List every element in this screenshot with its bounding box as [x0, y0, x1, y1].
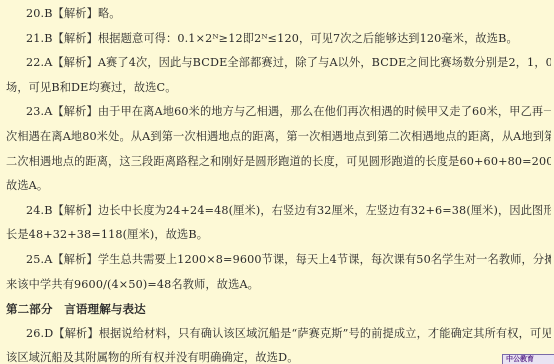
answer-25-line-2: 来该中学共有9600/(4×50)=48名教师，故选A。	[6, 273, 551, 298]
answer-22-line-2: 场，可见B和DE均赛过，故选C。	[6, 76, 551, 101]
answer-23-line-4: 故选A。	[6, 174, 551, 199]
answer-24-line-1: 24.B【解析】边长中长度为24+24=48(厘米)，右竖边有32厘米，左竖边有…	[6, 199, 551, 224]
answer-23-line-1: 23.A【解析】由于甲在离A地60米的地方与乙相遇，那么在他们再次相遇的时候甲又…	[6, 100, 551, 125]
answer-explanations-document: 20.B【解析】略。 21.B【解析】根据题意可得：0.1×2ᴺ≥12即2ᴺ≤1…	[6, 2, 551, 364]
answer-24-line-2: 长是48+32+38=118(厘米)，故选B。	[6, 223, 551, 248]
section-heading: 第二部分 言语理解与表达	[6, 297, 551, 322]
watermark-stamp: 中公教育	[502, 354, 554, 364]
answer-20: 20.B【解析】略。	[6, 2, 551, 27]
answer-21: 21.B【解析】根据题意可得：0.1×2ᴺ≥12即2ᴺ≤120，可见7次之后能够…	[6, 27, 551, 52]
answer-26-line-1: 26.D【解析】根据说给材料，只有确认该区域沉船是“萨赛克斯”号的前提成立，才能…	[6, 322, 551, 347]
answer-26-line-2: 该区域沉船及其附属物的所有权并没有明确确定，故选D。	[6, 346, 551, 364]
answer-23-line-2: 次相遇在离A地80米处。从A到第一次相遇地点的距离，第一次相遇地点到第二次相遇地…	[6, 125, 551, 150]
answer-25-line-1: 25.A【解析】学生总共需要上1200×8=9600节课，每天上4节课，每次课有…	[6, 248, 551, 273]
answer-22-line-1: 22.A【解析】A赛了4次，因此与BCDE全部都赛过，除了与A以外，BCDE之间…	[6, 51, 551, 76]
answer-23-line-3: 二次相遇地点的距离，这三段距离路程之和刚好是圆形跑道的长度，可见圆形跑道的长度是…	[6, 150, 551, 175]
